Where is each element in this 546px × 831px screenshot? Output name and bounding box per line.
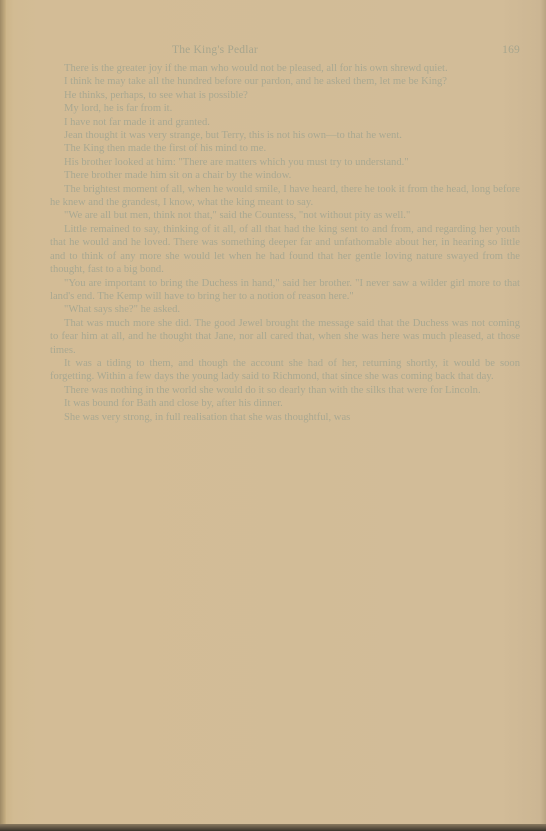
running-head: The King's Pedlar bbox=[172, 44, 258, 56]
paragraph: "We are all but men, think not that," sa… bbox=[50, 209, 520, 222]
paragraph: It was bound for Bath and close by, afte… bbox=[50, 397, 520, 410]
paragraph: He thinks, perhaps, to see what is possi… bbox=[50, 89, 520, 102]
paragraph: The King then made the first of his mind… bbox=[50, 142, 520, 155]
paragraph: There was nothing in the world she would… bbox=[50, 384, 520, 397]
book-page: The King's Pedlar 169 There is the great… bbox=[0, 0, 546, 831]
paragraph: "What says she?" he asked. bbox=[50, 303, 520, 316]
paragraph: She was very strong, in full realisation… bbox=[50, 411, 520, 424]
paragraph: It was a tiding to them, and though the … bbox=[50, 357, 520, 384]
paragraph: My lord, he is far from it. bbox=[50, 102, 520, 115]
paragraph: Jean thought it was very strange, but Te… bbox=[50, 129, 520, 142]
book-spine-edge bbox=[0, 0, 6, 831]
paragraph: Little remained to say, thinking of it a… bbox=[50, 223, 520, 277]
paragraph: There brother made him sit on a chair by… bbox=[50, 169, 520, 182]
paragraph: There is the greater joy if the man who … bbox=[50, 62, 520, 75]
page-number: 169 bbox=[502, 44, 520, 56]
paragraph: "You are important to bring the Duchess … bbox=[50, 277, 520, 304]
paragraph: His brother looked at him: "There are ma… bbox=[50, 156, 520, 169]
paragraph: The brightest moment of all, when he wou… bbox=[50, 183, 520, 210]
page-bottom-edge bbox=[0, 824, 546, 831]
paragraph: I have not far made it and granted. bbox=[50, 116, 520, 129]
paragraph: That was much more she did. The good Jew… bbox=[50, 317, 520, 357]
paragraph: I think he may take all the hundred befo… bbox=[50, 75, 520, 88]
page-header: The King's Pedlar 169 bbox=[50, 44, 520, 58]
body-text: There is the greater joy if the man who … bbox=[50, 62, 520, 424]
